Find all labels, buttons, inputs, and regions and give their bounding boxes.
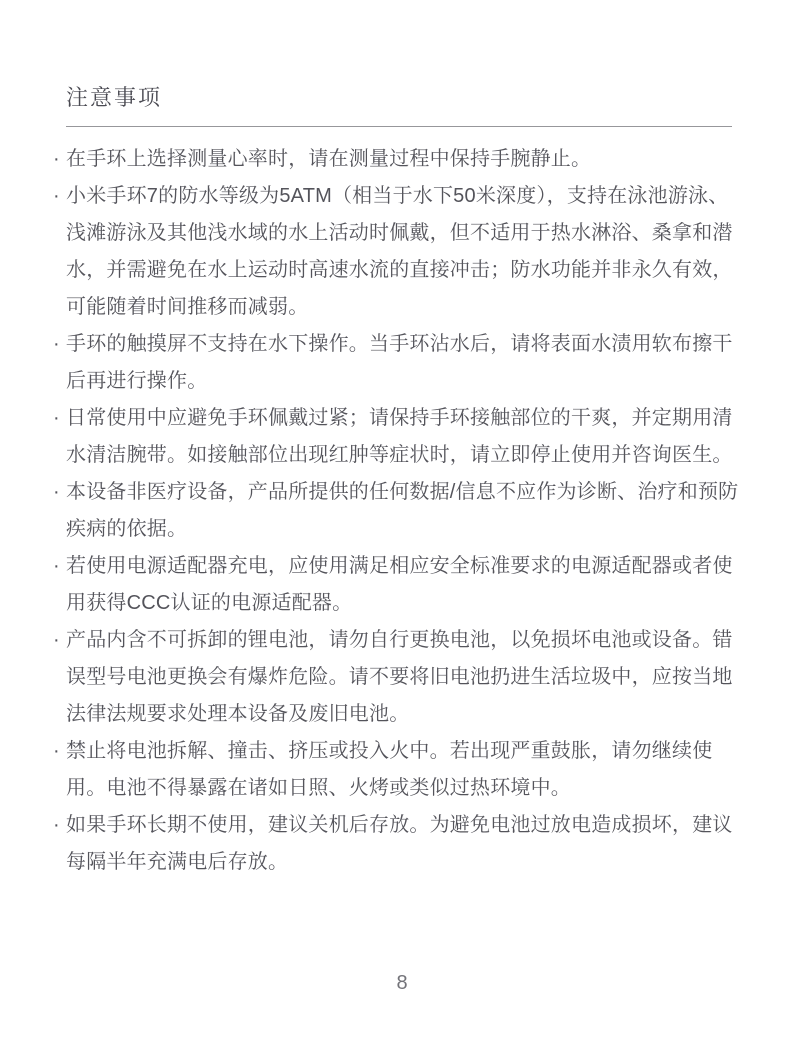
note-text: 如果手环长期不使用，建议关机后存放。为避免电池过放电造成损坏，建议每隔半年充满电…: [66, 807, 747, 881]
note-text: 小米手环7的防水等级为5ATM（相当于水下50米深度），支持在泳池游泳、浅滩游泳…: [66, 178, 747, 326]
bullet-icon: ·: [53, 807, 66, 844]
note-text: 手环的触摸屏不支持在水下操作。当手环沾水后，请将表面水渍用软布擦干后再进行操作。: [66, 326, 747, 400]
note-text: 日常使用中应避免手环佩戴过紧；请保持手环接触部位的干爽，并定期用清水清洁腕带。如…: [66, 400, 747, 474]
page-number: 8: [0, 971, 804, 995]
bullet-icon: ·: [53, 622, 66, 659]
document-page: 注意事项 ·在手环上选择测量心率时，请在测量过程中保持手腕静止。·小米手环7的防…: [0, 0, 804, 1051]
note-item: ·日常使用中应避免手环佩戴过紧；请保持手环接触部位的干爽，并定期用清水清洁腕带。…: [53, 400, 747, 474]
note-item: ·禁止将电池拆解、撞击、挤压或投入火中。若出现严重鼓胀，请勿继续使用。电池不得暴…: [53, 733, 747, 807]
note-item: ·手环的触摸屏不支持在水下操作。当手环沾水后，请将表面水渍用软布擦干后再进行操作…: [53, 326, 747, 400]
bullet-icon: ·: [53, 733, 66, 770]
note-text: 产品内含不可拆卸的锂电池，请勿自行更换电池，以免损坏电池或设备。错误型号电池更换…: [66, 622, 747, 733]
bullet-icon: ·: [53, 326, 66, 363]
note-item: ·如果手环长期不使用，建议关机后存放。为避免电池过放电造成损坏，建议每隔半年充满…: [53, 807, 747, 881]
note-item: ·产品内含不可拆卸的锂电池，请勿自行更换电池，以免损坏电池或设备。错误型号电池更…: [53, 622, 747, 733]
note-text: 禁止将电池拆解、撞击、挤压或投入火中。若出现严重鼓胀，请勿继续使用。电池不得暴露…: [66, 733, 747, 807]
note-text: 若使用电源适配器充电，应使用满足相应安全标准要求的电源适配器或者使用获得CCC认…: [66, 548, 747, 622]
bullet-icon: ·: [53, 474, 66, 511]
note-text: 本设备非医疗设备，产品所提供的任何数据/信息不应作为诊断、治疗和预防疾病的依据。: [66, 474, 747, 548]
page-title: 注意事项: [66, 84, 162, 112]
notes-list: ·在手环上选择测量心率时，请在测量过程中保持手腕静止。·小米手环7的防水等级为5…: [53, 141, 747, 881]
bullet-icon: ·: [53, 548, 66, 585]
note-item: ·在手环上选择测量心率时，请在测量过程中保持手腕静止。: [53, 141, 747, 178]
bullet-icon: ·: [53, 178, 66, 215]
note-item: ·本设备非医疗设备，产品所提供的任何数据/信息不应作为诊断、治疗和预防疾病的依据…: [53, 474, 747, 548]
note-item: ·若使用电源适配器充电，应使用满足相应安全标准要求的电源适配器或者使用获得CCC…: [53, 548, 747, 622]
note-item: ·小米手环7的防水等级为5ATM（相当于水下50米深度），支持在泳池游泳、浅滩游…: [53, 178, 747, 326]
bullet-icon: ·: [53, 400, 66, 437]
note-text: 在手环上选择测量心率时，请在测量过程中保持手腕静止。: [66, 141, 747, 178]
title-divider: [66, 126, 732, 127]
bullet-icon: ·: [53, 141, 66, 178]
